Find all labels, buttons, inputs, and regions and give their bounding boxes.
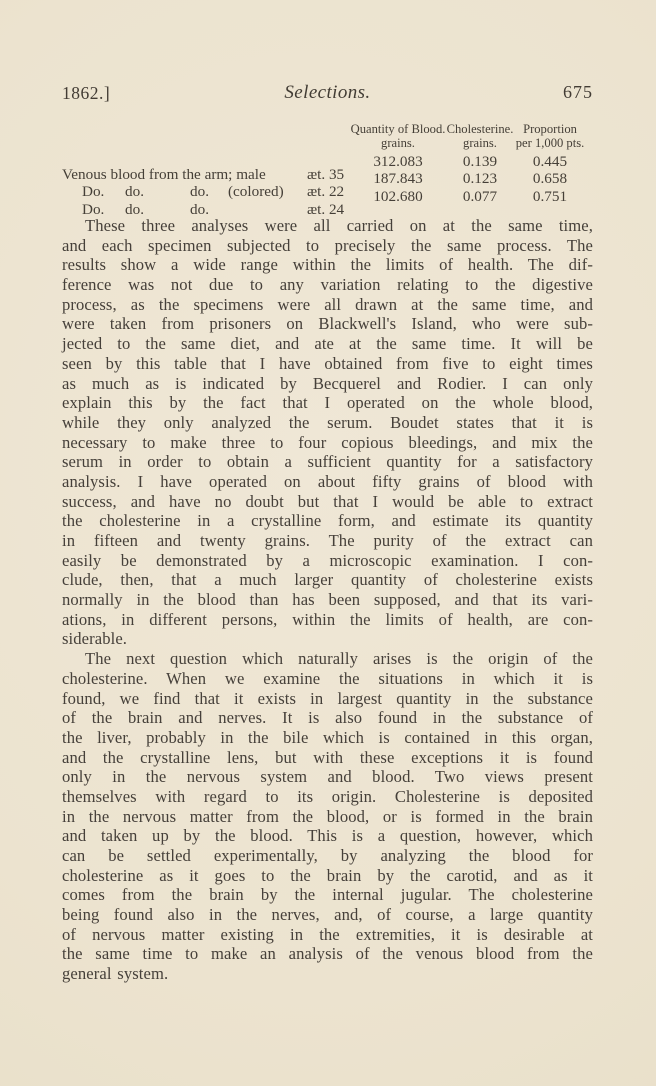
- row-age: æt. 22: [307, 183, 344, 201]
- col-unit-quantity: grains.: [345, 137, 451, 151]
- col-header-quantity: Quantity of Blood.: [345, 123, 451, 137]
- text-line: The next question which naturally arises…: [62, 649, 593, 669]
- text-line: and taken up by the blood. This is a que…: [62, 826, 593, 846]
- text-line: while they only analyzed the serum. Boud…: [62, 413, 593, 433]
- table-header: Quantity of Blood. Cholesterine. Proport…: [62, 123, 591, 150]
- text-line: general system.: [62, 964, 593, 984]
- cell-proportion-value: 0.751: [533, 188, 567, 206]
- table-header-row-2: grains. grains. per 1,000 pts.: [62, 137, 591, 151]
- text-line: serum in order to obtain a sufficient qu…: [62, 452, 593, 472]
- cell-quantity: 102.680: [345, 188, 451, 206]
- row-label-text: Venous blood from the arm; male: [62, 166, 266, 184]
- col-header-quantity-text: Quantity of Blood.: [351, 123, 446, 137]
- row-note: (colored): [228, 183, 284, 201]
- text-line: ference was not due to any variation rel…: [62, 275, 593, 295]
- table-header-row-1: Quantity of Blood. Cholesterine. Proport…: [62, 123, 591, 137]
- text-line: jected to the same diet, and ate at the …: [62, 334, 593, 354]
- text-line: analysis. I have operated on about fifty…: [62, 472, 593, 492]
- cell-cholesterine-value: 0.077: [463, 188, 497, 206]
- text-line: cholesterine as it goes to the brain by …: [62, 866, 593, 886]
- table-row: Venous blood from the arm; male æt. 35 3…: [62, 153, 591, 171]
- text-line: explain this by the fact that I operated…: [62, 393, 593, 413]
- paragraph-2: The next question which naturally arises…: [62, 649, 593, 984]
- cell-cholesterine: 0.139: [451, 153, 509, 171]
- text-line: the cholesterine in a crystalline form, …: [62, 511, 593, 531]
- ditto-3: do.: [190, 183, 209, 201]
- text-line: found, we find that it exists in largest…: [62, 689, 593, 709]
- text-line: comes from the brain by the internal jug…: [62, 885, 593, 905]
- running-title: Selections.: [62, 82, 593, 104]
- col-unit-cholesterine: grains.: [451, 137, 509, 151]
- cell-proportion: 0.445: [509, 153, 591, 171]
- cell-quantity-value: 187.843: [373, 170, 422, 188]
- col-header-proportion: Proportion: [509, 123, 591, 137]
- text-line: success, and have no doubt but that I wo…: [62, 492, 593, 512]
- paragraph-1: These three analyses were all carried on…: [62, 216, 593, 649]
- text-line: were taken from prisoners on Blackwell's…: [62, 314, 593, 334]
- text-line: necessary to make three to four copious …: [62, 433, 593, 453]
- ditto-2: do.: [125, 183, 144, 201]
- text-line: and the crystalline lens, but with these…: [62, 748, 593, 768]
- text-line: results show a wide range within the lim…: [62, 255, 593, 275]
- col-header-cholesterine: Cholesterine.: [451, 123, 509, 137]
- cell-quantity: 312.083: [345, 153, 451, 171]
- text-line: cholesterine. When we examine the situat…: [62, 669, 593, 689]
- text-line: normally in the blood than has been supp…: [62, 590, 593, 610]
- page-number: 675: [563, 82, 593, 103]
- cell-quantity-value: 312.083: [373, 153, 422, 171]
- cell-proportion: 0.658: [509, 170, 591, 188]
- text-line: process, as the specimens were all drawn…: [62, 295, 593, 315]
- text-line: clude, then, that a much larger quantity…: [62, 570, 593, 590]
- cell-cholesterine: 0.123: [451, 170, 509, 188]
- body-text: These three analyses were all carried on…: [62, 216, 593, 984]
- text-line: ations, in different persons, within the…: [62, 610, 593, 630]
- col-unit-proportion-text: per 1,000 pts.: [516, 137, 585, 151]
- text-line: only in the nervous system and blood. Tw…: [62, 767, 593, 787]
- col-unit-cholesterine-text: grains.: [463, 137, 497, 151]
- cell-quantity-value: 102.680: [373, 188, 422, 206]
- cell-proportion: 0.751: [509, 188, 591, 206]
- table-body: Venous blood from the arm; male æt. 35 3…: [62, 153, 591, 206]
- text-line: can be settled experimentally, by analyz…: [62, 846, 593, 866]
- text-line: of the brain and nerves. It is also foun…: [62, 708, 593, 728]
- text-line: in fifteen and twenty grains. The purity…: [62, 531, 593, 551]
- cell-cholesterine-value: 0.123: [463, 170, 497, 188]
- col-header-cholesterine-text: Cholesterine.: [447, 123, 514, 137]
- cell-proportion-value: 0.658: [533, 170, 567, 188]
- text-line: seen by this table that I have obtained …: [62, 354, 593, 374]
- running-head: 1862.] Selections. 675: [62, 82, 593, 104]
- col-unit-proportion: per 1,000 pts.: [509, 137, 591, 151]
- text-line: These three analyses were all carried on…: [62, 216, 593, 236]
- text-line: as much as is indicated by Becquerel and…: [62, 374, 593, 394]
- ditto-1: Do.: [82, 183, 104, 201]
- scanned-page: 1862.] Selections. 675 Quantity of Blood…: [0, 0, 656, 1086]
- text-line: and each specimen subjected to precisely…: [62, 236, 593, 256]
- col-unit-quantity-text: grains.: [381, 137, 415, 151]
- cell-cholesterine: 0.077: [451, 188, 509, 206]
- cell-proportion-value: 0.445: [533, 153, 567, 171]
- cell-cholesterine-value: 0.139: [463, 153, 497, 171]
- analysis-table: Quantity of Blood. Cholesterine. Proport…: [62, 123, 591, 205]
- col-header-proportion-text: Proportion: [523, 123, 577, 137]
- text-line: in the nervous matter from the blood, or…: [62, 807, 593, 827]
- text-line: siderable.: [62, 629, 593, 649]
- text-line: being found also in the nerves, and, of …: [62, 905, 593, 925]
- text-line: of nervous matter existing in the extrem…: [62, 925, 593, 945]
- row-age: æt. 35: [307, 166, 344, 184]
- text-line: themselves with regard to its origin. Ch…: [62, 787, 593, 807]
- text-line: the same time to make an analysis of the…: [62, 944, 593, 964]
- cell-quantity: 187.843: [345, 170, 451, 188]
- text-line: the liver, probably in the bile which is…: [62, 728, 593, 748]
- text-line: easily be demonstrated by a microscopic …: [62, 551, 593, 571]
